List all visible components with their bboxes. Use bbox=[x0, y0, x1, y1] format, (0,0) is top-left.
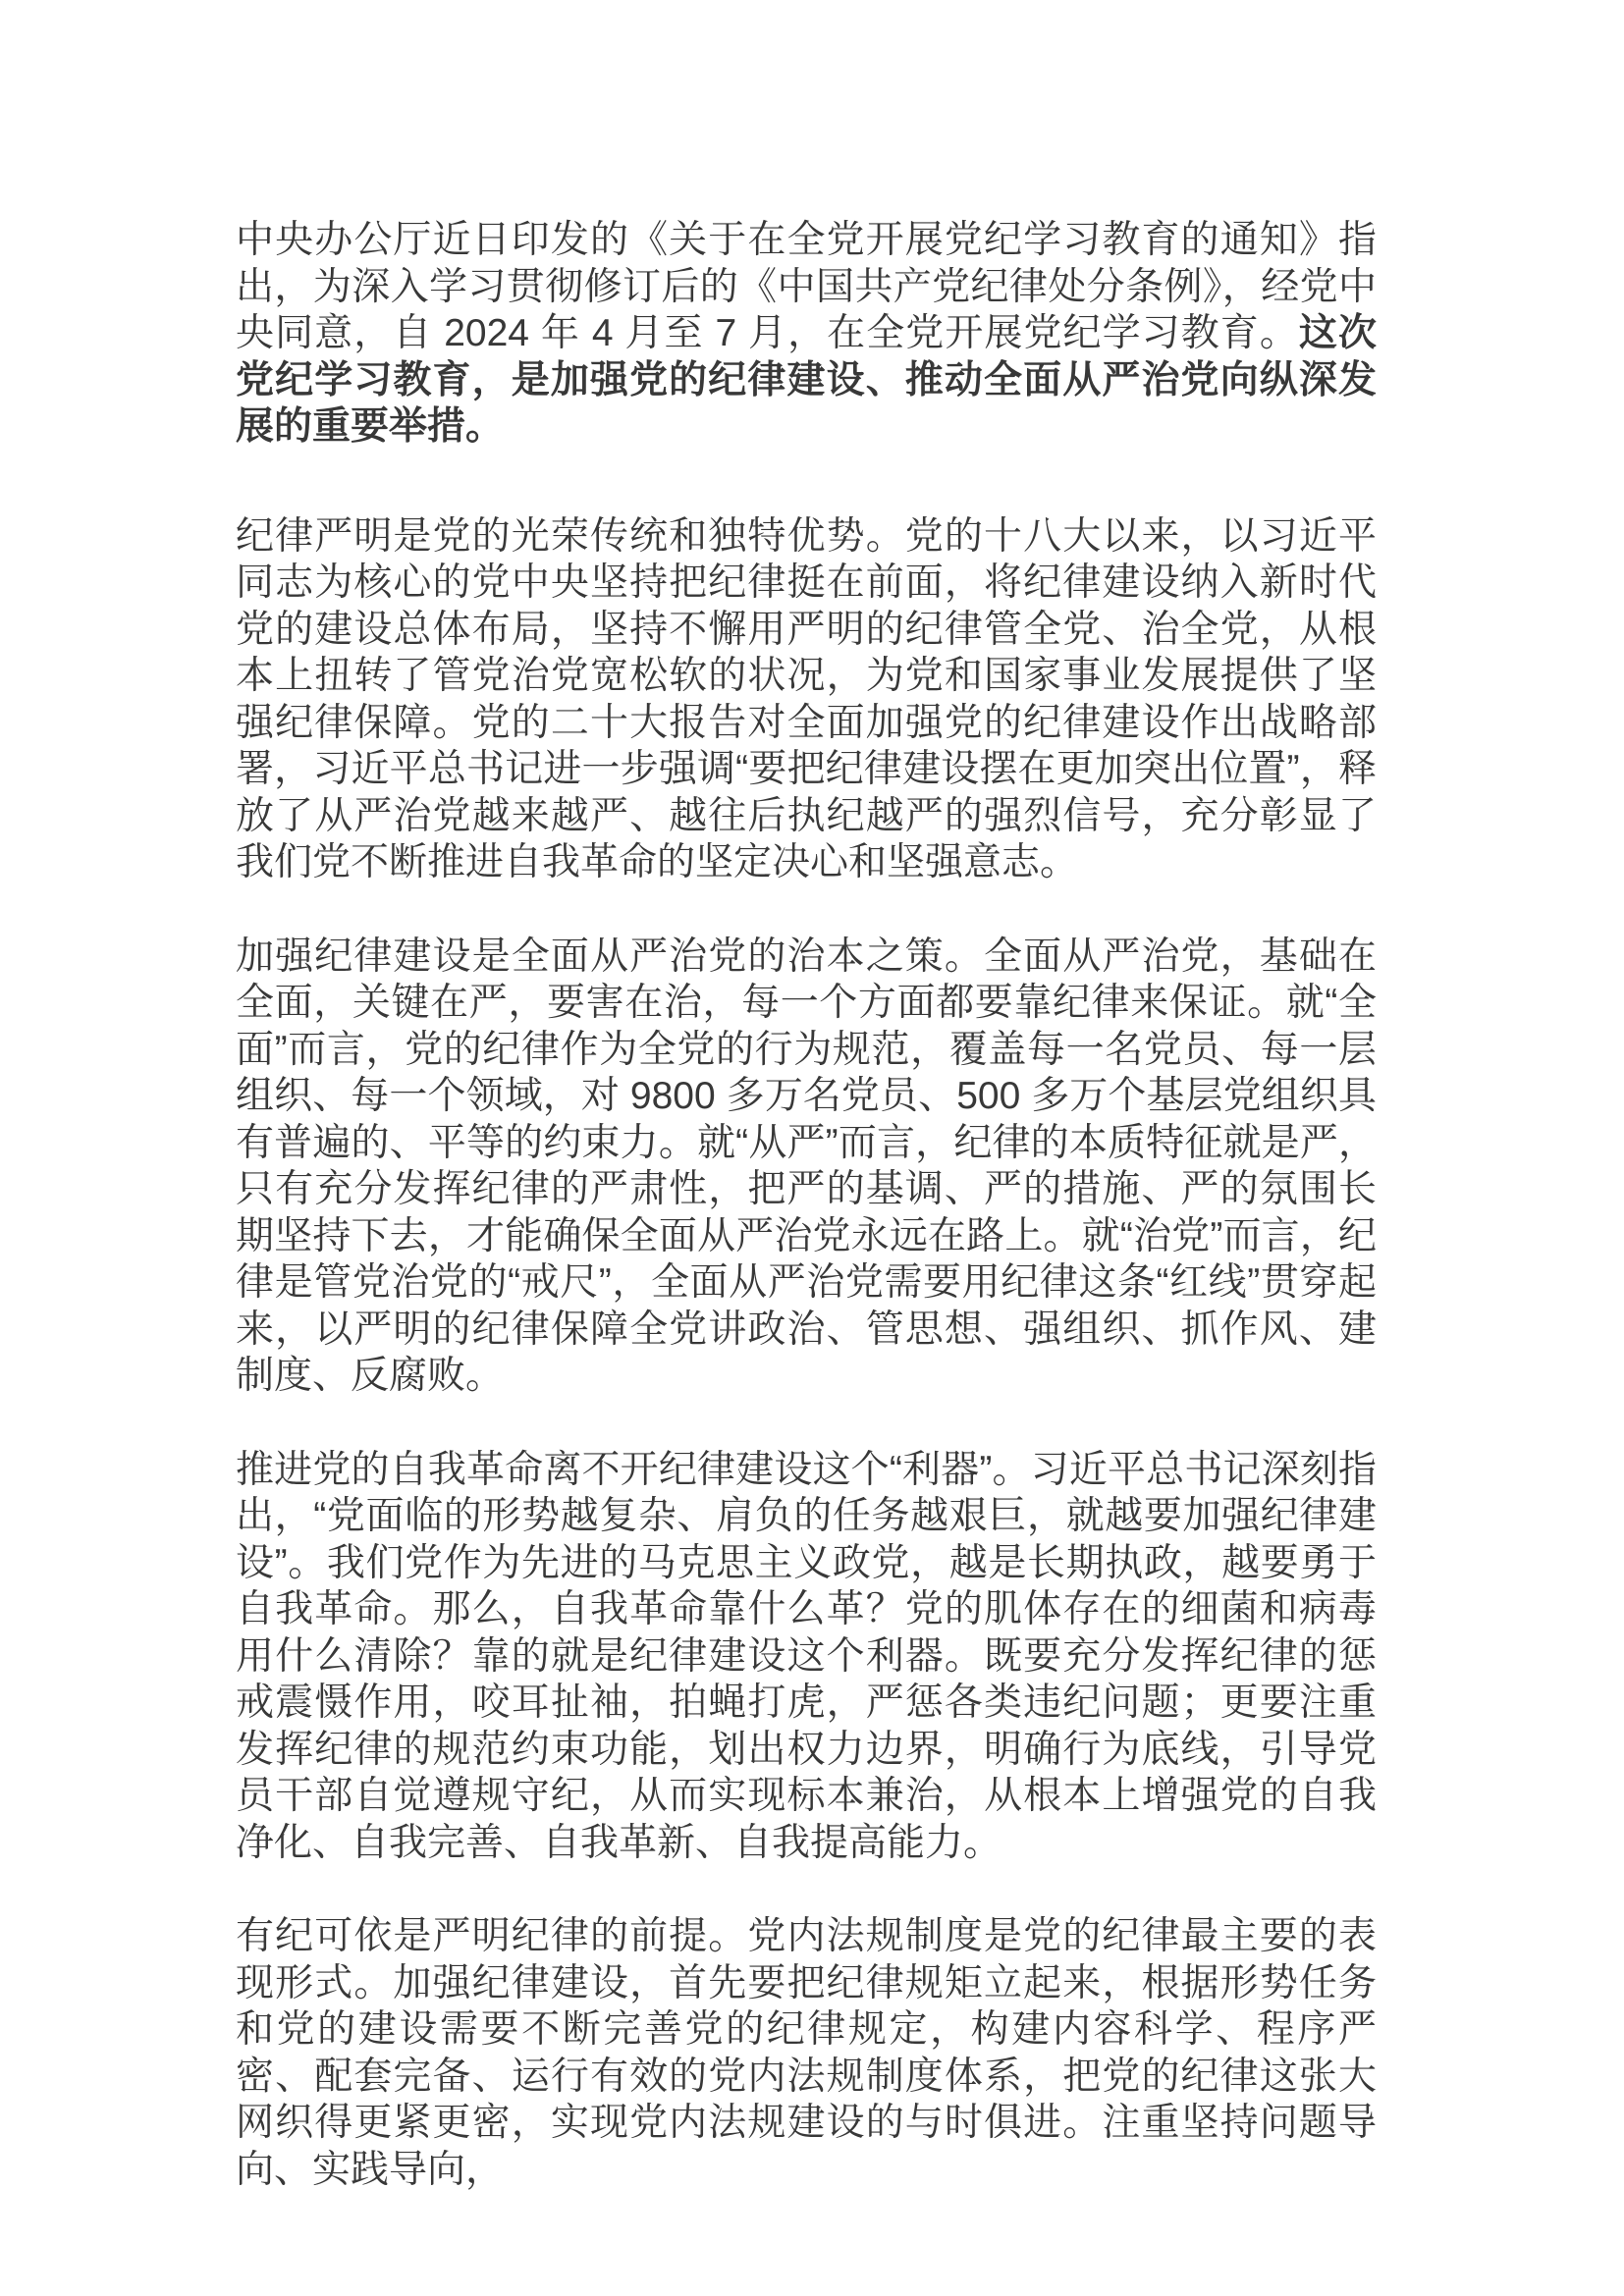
document-paragraph: 加强纪律建设是全面从严治党的治本之策。全面从严治党，基础在全面，关键在严，要害在… bbox=[236, 934, 1377, 1400]
document-page: 中央办公厅近日印发的《关于在全党开展党纪学习教育的通知》指出，为深入学习贯彻修订… bbox=[0, 0, 1624, 2296]
document-paragraph: 有纪可依是严明纪律的前提。党内法规制度是党的纪律最主要的表现形式。加强纪律建设，… bbox=[236, 1913, 1377, 2193]
text-run: 加强纪律建设是全面从严治党的治本之策。全面从严治党，基础在全面，关键在严，要害在… bbox=[236, 935, 1377, 1398]
text-run: 推进党的自我革命离不开纪律建设这个“利器”。习近平总书记深刻指出，“党面临的形势… bbox=[236, 1449, 1377, 1864]
document-paragraph: 中央办公厅近日印发的《关于在全党开展党纪学习教育的通知》指出，为深入学习贯彻修订… bbox=[236, 217, 1377, 451]
text-run: 纪律严明是党的光荣传统和独特优势。党的十八大以来，以习近平同志为核心的党中央坚持… bbox=[236, 515, 1377, 884]
text-run: 中央办公厅近日印发的《关于在全党开展党纪学习教育的通知》指出，为深入学习贯彻修订… bbox=[236, 219, 1377, 354]
document-paragraph: 推进党的自我革命离不开纪律建设这个“利器”。习近平总书记深刻指出，“党面临的形势… bbox=[236, 1447, 1377, 1867]
text-run: 有纪可依是严明纪律的前提。党内法规制度是党的纪律最主要的表现形式。加强纪律建设，… bbox=[236, 1915, 1377, 2191]
document-body: 中央办公厅近日印发的《关于在全党开展党纪学习教育的通知》指出，为深入学习贯彻修订… bbox=[0, 0, 1624, 2193]
document-paragraph: 纪律严明是党的光荣传统和独特优势。党的十八大以来，以习近平同志为核心的党中央坚持… bbox=[236, 513, 1377, 886]
